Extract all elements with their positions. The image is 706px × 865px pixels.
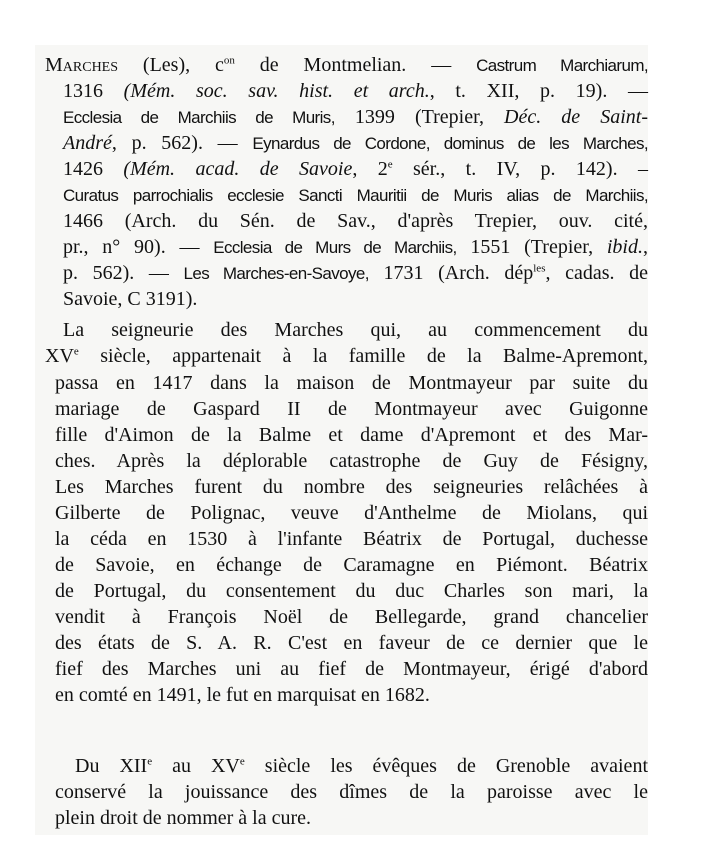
text-line: en comté en 1491, le fut en marquisat en…: [55, 683, 430, 707]
text-line: Marches (Les), con de Montmelian. — Cast…: [45, 53, 648, 78]
text-segment: 1466 (Arch. du Sén. de Sav., d'après Tre…: [63, 210, 648, 232]
text-segment: mariage de Gaspard II de Montmayeur avec…: [55, 398, 648, 420]
text-segment: pr., n° 90). —: [63, 236, 213, 258]
text-line: pr., n° 90). — Ecclesia de Murs de March…: [63, 235, 648, 260]
text-segment: sér., t. IV, p. 142). –: [393, 158, 648, 180]
text-segment: 1731 (Arch. dép: [369, 262, 533, 284]
text-line: La seigneurie des Marches qui, au commen…: [63, 318, 648, 342]
text-line: passa en 1417 dans la maison de Montmaye…: [55, 371, 648, 395]
text-line: Curatus parrochialis ecclesie Sancti Mau…: [63, 183, 648, 208]
text-segment: Du XII: [75, 755, 147, 777]
text-segment: 1399 (Trepier,: [335, 106, 504, 128]
text-line: fief des Marches uni au fief de Montmaye…: [55, 657, 648, 681]
text-segment: 1426: [63, 158, 123, 180]
text-line: XVe siècle, appartenait à la famille de …: [45, 344, 648, 368]
text-segment: p. 562). —: [63, 262, 184, 284]
text-line: p. 562). — Les Marches-en-Savoye, 1731 (…: [63, 261, 648, 286]
text-segment: siècle les évêques de Grenoble avaient: [245, 755, 648, 777]
text-line: ches. Après la déplorable catastrophe de…: [55, 449, 648, 473]
text-line: Les Marches furent du nombre des seigneu…: [55, 475, 648, 499]
text-line: la céda en 1530 à l'infante Béatrix de P…: [55, 527, 648, 551]
text-segment: conservé la jouissance des dîmes de la p…: [55, 781, 648, 803]
text-line: de Savoie, en échange de Caramagne en Pi…: [55, 553, 648, 577]
text-segment: on: [224, 54, 235, 66]
text-segment: 1551 (Trepier,: [457, 236, 607, 258]
text-segment: passa en 1417 dans la maison de Montmaye…: [55, 372, 648, 394]
text-line: 1426 (Mém. acad. de Savoie, 2e sér., t. …: [63, 157, 648, 181]
text-line: mariage de Gaspard II de Montmayeur avec…: [55, 397, 648, 421]
text-line: des états de S. A. R. C'est en faveur de…: [55, 631, 648, 655]
text-segment: plein droit de nommer à la cure.: [55, 807, 311, 829]
text-segment: de Montmelian. —: [235, 54, 476, 76]
text-line: 1316 (Mém. soc. sav. hist. et arch., t. …: [63, 79, 648, 103]
text-segment: Marches: [45, 54, 118, 76]
text-line: plein droit de nommer à la cure.: [55, 806, 311, 830]
text-segment: en comté en 1491, le fut en marquisat en…: [55, 684, 430, 706]
text-segment: , p. 562). —: [112, 132, 252, 154]
text-segment: fief des Marches uni au fief de Montmaye…: [55, 658, 648, 680]
text-segment: Gilberte de Polignac, veuve d'Anthelme d…: [55, 502, 648, 524]
text-segment: , t. XII, p. 19). —: [430, 80, 648, 102]
text-line: vendit à François Noël de Bellegarde, gr…: [55, 605, 648, 629]
text-segment: André: [63, 132, 112, 154]
text-segment: de Savoie, en échange de Caramagne en Pi…: [55, 554, 648, 576]
text-segment: ches. Après la déplorable catastrophe de…: [55, 450, 648, 472]
text-line: 1466 (Arch. du Sén. de Sav., d'après Tre…: [63, 209, 648, 233]
text-segment: , 2: [352, 158, 387, 180]
text-segment: la céda en 1530 à l'infante Béatrix de P…: [55, 528, 648, 550]
text-segment: Ecclesia de Murs de Marchiis,: [213, 238, 456, 257]
text-segment: de Portugal, du consentement du duc Char…: [55, 580, 648, 602]
text-segment: 1316: [63, 80, 124, 102]
text-segment: siècle, appartenait à la famille de la B…: [79, 345, 648, 367]
text-segment: fille d'Aimon de la Balme et dame d'Apre…: [55, 424, 648, 446]
text-line: Gilberte de Polignac, veuve d'Anthelme d…: [55, 501, 648, 525]
text-line: Savoie, C 3191).: [63, 287, 197, 311]
text-segment: des états de S. A. R. C'est en faveur de…: [55, 632, 648, 654]
text-line: Du XIIe au XVe siècle les évêques de Gre…: [75, 754, 648, 778]
text-segment: Savoie, C 3191).: [63, 288, 197, 310]
text-segment: Ecclesia de Marchiis de Muris,: [63, 108, 335, 127]
text-segment: Eynardus de Cordone, dominus de les Marc…: [252, 134, 648, 153]
text-segment: (Mém. acad. de Savoie: [123, 158, 352, 180]
text-segment: La seigneurie des Marches qui, au commen…: [63, 319, 648, 341]
text-segment: Les Marches furent du nombre des seigneu…: [55, 476, 648, 498]
text-line: conservé la jouissance des dîmes de la p…: [55, 780, 648, 804]
text-segment: , cadas. de: [545, 262, 648, 284]
text-segment: Déc. de Saint-: [504, 106, 648, 128]
text-segment: au XV: [152, 755, 240, 777]
text-segment: (Les), c: [118, 54, 224, 76]
text-segment: Les Marches-en-Savoye,: [184, 264, 369, 283]
text-segment: (Mém. soc. sav. hist. et arch.: [124, 80, 430, 102]
text-segment: ibid.: [607, 236, 643, 258]
text-line: fille d'Aimon de la Balme et dame d'Apre…: [55, 423, 648, 447]
text-segment: les: [533, 262, 545, 274]
text-segment: ,: [643, 236, 648, 258]
text-line: de Portugal, du consentement du duc Char…: [55, 579, 648, 603]
text-segment: Curatus parrochialis ecclesie Sancti Mau…: [63, 186, 648, 205]
text-line: Ecclesia de Marchiis de Muris, 1399 (Tre…: [63, 105, 648, 130]
text-segment: XV: [45, 345, 74, 367]
text-line: André, p. 562). — Eynardus de Cordone, d…: [63, 131, 648, 156]
text-segment: Castrum Marchiarum,: [476, 56, 648, 75]
text-segment: vendit à François Noël de Bellegarde, gr…: [55, 606, 648, 628]
